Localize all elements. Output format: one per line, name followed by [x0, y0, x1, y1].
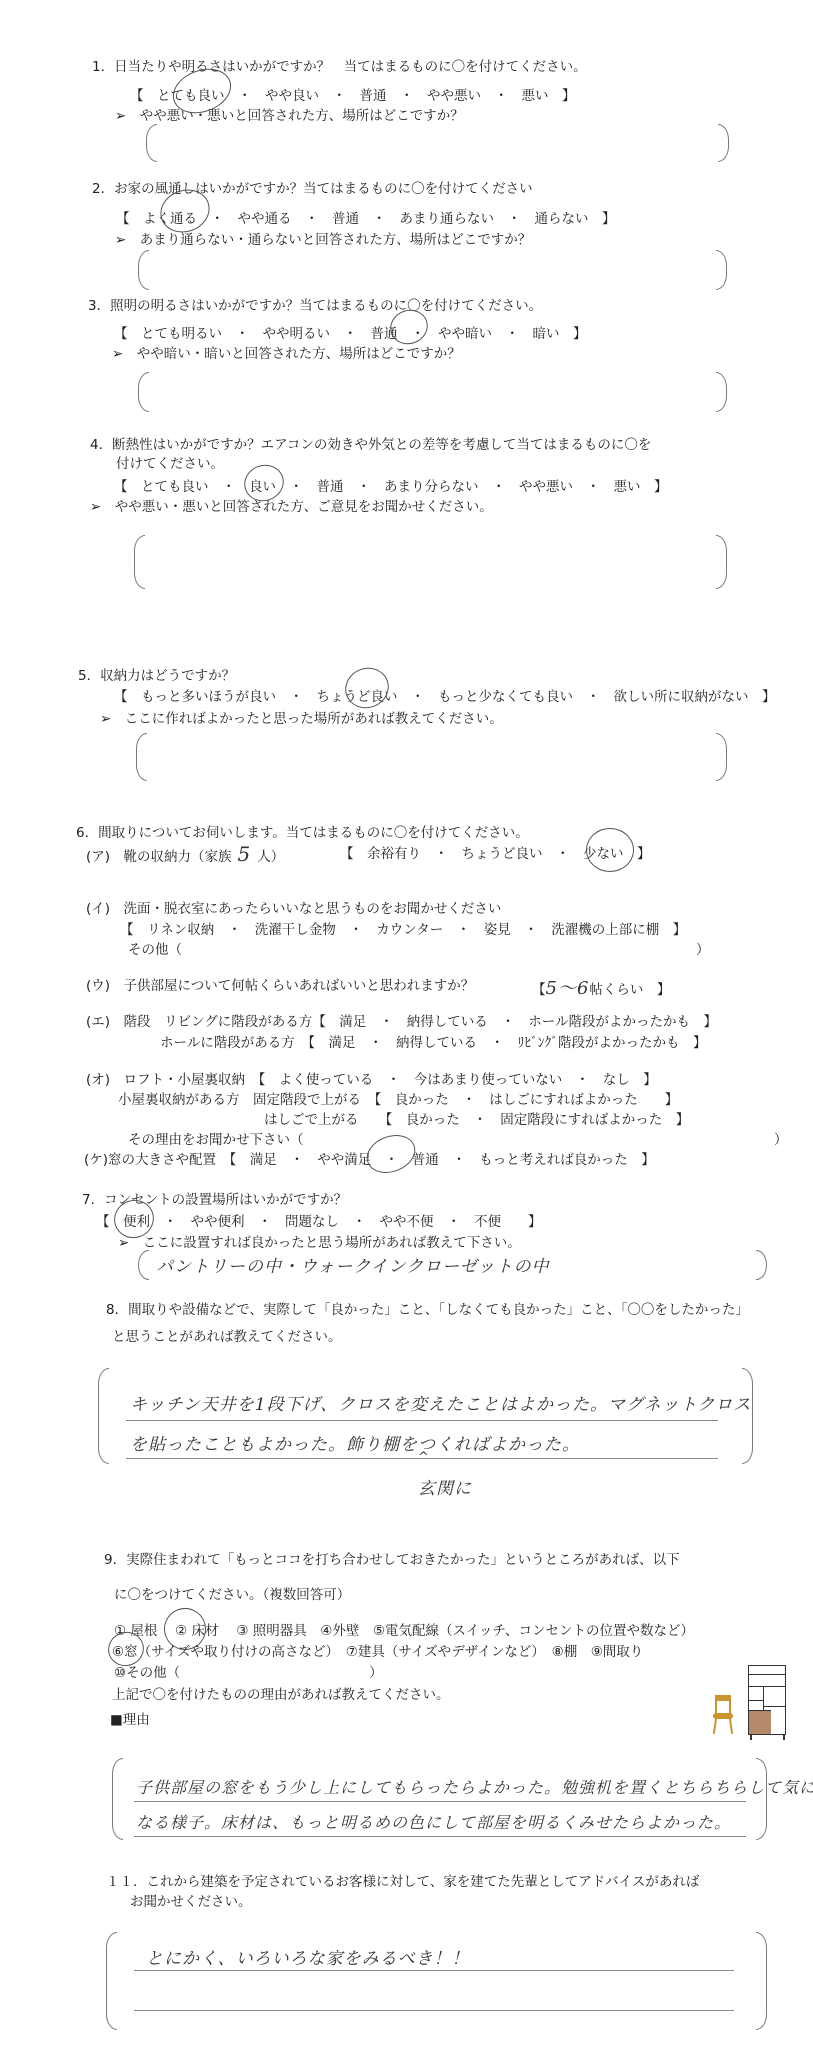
q8-answer-line1[interactable]: キッチン天井を1段下げ、クロスを変えたことはよかった。マグネットクロス [130, 1390, 751, 1415]
q2-question: 2．お家の風通しはいかがですか？当てはまるものに〇を付けてください [92, 177, 533, 197]
q11-answer-underline-1 [134, 1970, 734, 1971]
q8-answer-line2[interactable]: を貼ったこともよかった。飾り棚をつくればよかった。 [130, 1430, 580, 1455]
q11-question-line2: お聞かせください。 [130, 1890, 252, 1910]
q9-question-line1: 9．実際住まわれて「もっとココを打ち合わせしておきたかった」というところがあれば… [104, 1548, 680, 1568]
q5-answer-field[interactable] [158, 744, 703, 768]
q8-answer-underline-1 [126, 1420, 718, 1421]
q8-insert-caret: ^ [418, 1450, 430, 1465]
q6o-line1: (オ) ロフト・小屋裏収納 【 よく使っている ・ 今はあまり使っていない ・ … [86, 1068, 657, 1088]
q6a-family-count[interactable]: 5 [232, 842, 258, 866]
q3-answer-field[interactable] [160, 380, 700, 404]
q6i-other-close: ） [696, 938, 710, 958]
q6o-reason-label: その理由をお聞かせ下さい（ [128, 1128, 304, 1148]
q4-answer-bracket-left [134, 535, 145, 589]
q6i-other-field[interactable] [200, 935, 680, 955]
q6u-value[interactable]: 5〜6 [546, 978, 590, 999]
q8-answer-insert[interactable]: 玄関に [418, 1474, 472, 1499]
q5-options: 【 もっと多いほうが良い ・ ちょうど良い ・ もっと少なくても良い ・ 欲しい… [114, 685, 776, 705]
q9-items-line3: ⑩その他（ ） [114, 1661, 383, 1681]
q6e-line2: ホールに階段がある方 【 満足 ・ 納得している ・ ﾘﾋﾞﾝｸﾞ階段がよかった… [160, 1031, 706, 1051]
q2-followup: ➢ あまり通らない・通らないと回答された方、場所はどこですか？ [115, 228, 531, 248]
q1-question: 1．日当たりや明るさはいかがですか？ 当てはまるものに〇を付けてください。 [92, 55, 587, 75]
q11-answer-bracket-right [756, 1932, 767, 2030]
q5-answer-bracket-left [136, 733, 147, 781]
q1-followup: ➢ やや悪い・悪いと回答された方、場所はどこですか？ [115, 104, 464, 124]
cabinet-icon [748, 1665, 786, 1735]
q6u-suffix: 帖くらい 】 [589, 982, 670, 998]
q6a-label: (ア) 靴の収納力（家族5人） [86, 842, 284, 866]
q3-question: 3．照明の明るさはいかがですか？当てはまるものに〇を付けてください。 [88, 294, 542, 314]
chair-icon [712, 1695, 734, 1735]
q11-answer-underline-2 [134, 2010, 734, 2011]
q11-answer-bracket-left [106, 1932, 117, 2030]
q6e-line1: (エ) 階段 リビングに階段がある方【 満足 ・ 納得している ・ ホール階段が… [86, 1010, 717, 1030]
q4-answer-bracket-right [716, 535, 727, 589]
q9-answer-bracket-left [112, 1758, 123, 1840]
q5-question: 5．収納力はどうですか？ [78, 664, 235, 684]
q2-answer-field[interactable] [160, 258, 700, 282]
q6a-label-post: 人） [257, 849, 284, 865]
q6u-answer: 【5〜6帖くらい 】 [532, 974, 670, 1000]
q4-options: 【 とても良い ・ 良い ・ 普通 ・ あまり分らない ・ やや悪い ・ 悪い … [114, 475, 668, 495]
q4-answer-field[interactable] [155, 548, 705, 574]
q6a-label-pre: (ア) 靴の収納力（家族 [86, 849, 232, 865]
q9-reason-prompt: 上記で〇を付けたものの理由があれば教えてください。 [112, 1683, 450, 1703]
q8-answer-bracket-right [742, 1368, 753, 1464]
q6u-label: (ウ) 子供部屋について何帖くらいあればいいと思われますか？ [86, 974, 474, 994]
q7-answer-field[interactable]: パントリーの中・ウォークインクローゼットの中 [156, 1252, 746, 1276]
q8-question-line1: 8．間取りや設備などで、実際して「良かった」こと、「しなくても良かった」こと、「… [106, 1298, 749, 1318]
furniture-illustration [700, 1660, 810, 1740]
q9-answer-underline-1 [134, 1801, 746, 1802]
q2-answer-bracket-left [138, 250, 149, 290]
q1-answer-bracket-left [146, 124, 157, 162]
q9-answer-line2[interactable]: なる様子。床材は、もっと明るめの色にして部屋を明るくみせたらよかった。 [136, 1810, 731, 1833]
q9-question-line2: に〇をつけてください。（複数回答可） [114, 1583, 350, 1603]
q7-answer-bracket-right [756, 1250, 767, 1280]
q9-reason-heading: ■理由 [110, 1708, 150, 1728]
q4-question-line2: 付けてください。 [116, 452, 224, 472]
q7-options: 【 便利 ・ やや便利 ・ 問題なし ・ やや不便 ・ 不便 】 [96, 1210, 542, 1230]
q11-question-line1: １１．これから建築を予定されているお客様に対して、家を建てた先輩としてアドバイス… [106, 1870, 699, 1890]
q6i-other-label: その他（ [128, 938, 182, 958]
q6-question: 6．間取りについてお伺いします。当てはまるものに〇を付けてください。 [76, 821, 529, 841]
q1-answer-bracket-right [718, 124, 729, 162]
q8-answer-bracket-left [98, 1368, 109, 1464]
q9-answer-line1[interactable]: 子供部屋の窓をもう少し上にしてもらったらよかった。勉強机を置くとちらちらして気に [136, 1775, 813, 1798]
q8-question-line2: と思うことがあれば教えてください。 [112, 1325, 342, 1345]
q6i-label: (イ) 洗面・脱衣室にあったらいいなと思うものをお聞かせください [86, 897, 501, 917]
q7-followup: ➢ ここに設置すれば良かったと思う場所があれば教えて下さい。 [118, 1231, 521, 1251]
q6a-selected-circle[interactable] [586, 828, 634, 872]
q6o-reason-close: ） [774, 1128, 788, 1148]
q3-followup: ➢ やや暗い・暗いと回答された方、場所はどこですか？ [112, 342, 461, 362]
q7-answer-bracket-left [138, 1250, 149, 1280]
q5-followup: ➢ ここに作ればよかったと思った場所があれば教えてください。 [100, 707, 503, 727]
q3-answer-bracket-left [138, 372, 149, 412]
q4-followup: ➢ やや悪い・悪いと回答された方、ご意見をお聞かせください。 [90, 495, 493, 515]
q2-answer-bracket-right [716, 250, 727, 290]
q9-items-line2: ⑥窓（サイズや取り付けの高さなど） ⑦建具（サイズやデザインなど） ⑧棚 ⑨間取… [112, 1640, 643, 1660]
q6u-open: 【 [532, 982, 546, 998]
q5-answer-bracket-right [716, 733, 727, 781]
q9-answer-bracket-right [756, 1758, 767, 1840]
q3-answer-bracket-right [716, 372, 727, 412]
q4-question-line1: 4．断熱性はいかがですか？エアコンの効きや外気との差等を考慮して当てはまるものに… [90, 433, 651, 453]
q3-options: 【 とても明るい ・ やや明るい ・ 普通 ・ やや暗い ・ 暗い 】 [114, 322, 587, 342]
q1-answer-field[interactable] [165, 130, 705, 154]
q6o-line2: 小屋裏収納がある方 固定階段で上がる 【 良かった ・ はしごにすればよかった … [118, 1088, 678, 1108]
q11-answer[interactable]: とにかく、いろいろな家をみるべき！！ [146, 1944, 470, 1969]
q9-answer-underline-2 [134, 1836, 746, 1837]
